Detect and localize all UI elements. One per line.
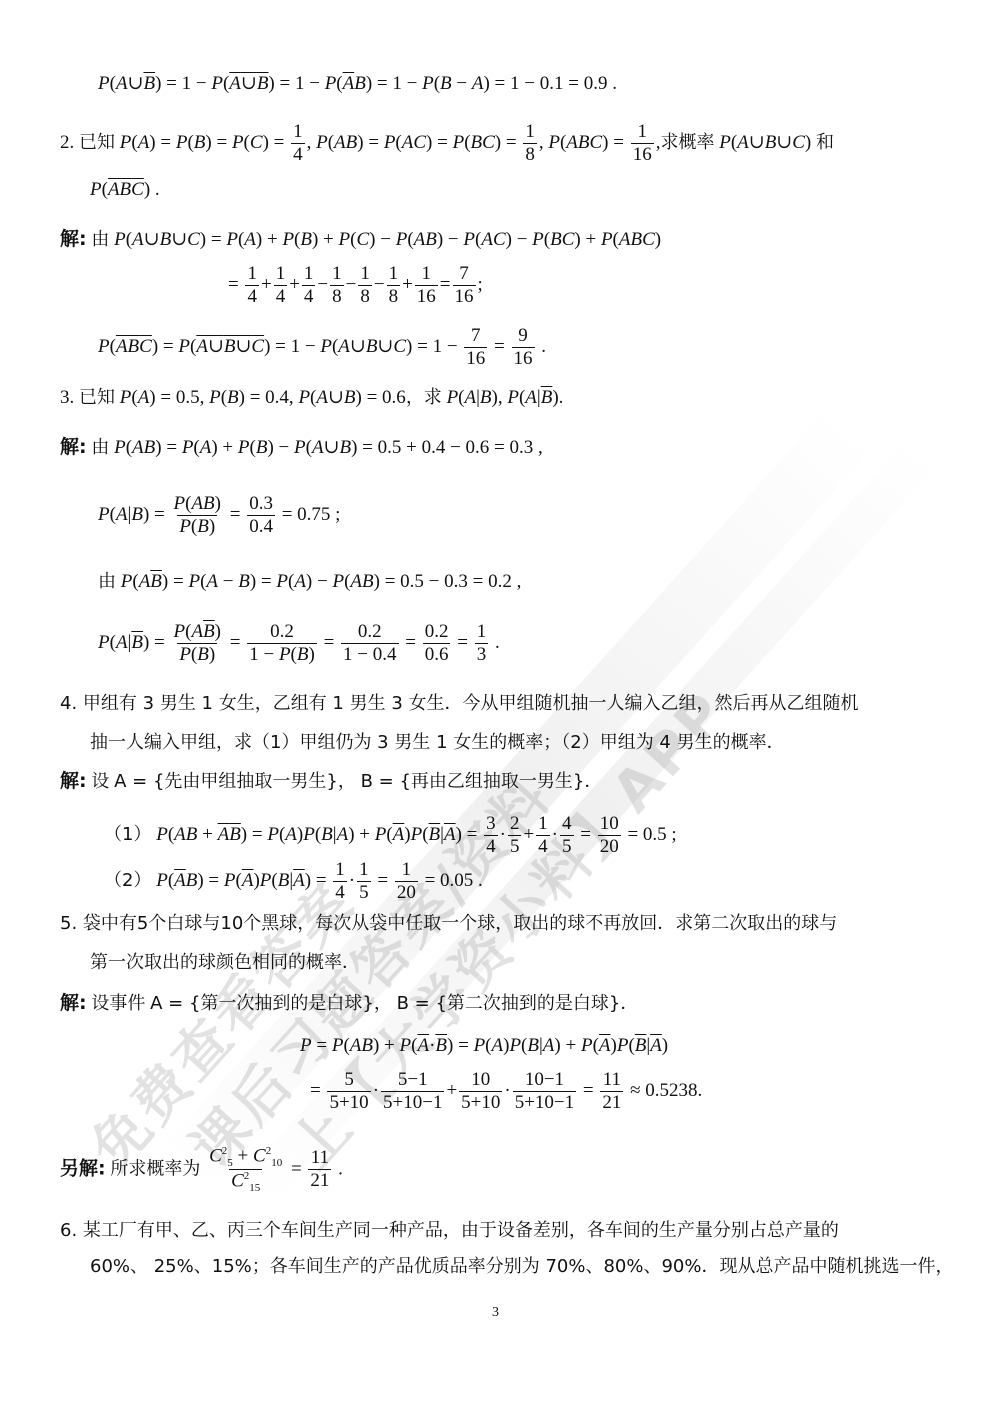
solution-3: 解: 由 P(AB) = P(A) + P(B) − P(A∪B) = 0.5 … bbox=[60, 438, 543, 457]
solution-text: 所求概率为 bbox=[110, 1158, 200, 1179]
question-6-line-2: 60%、 25%、15%；各车间生产的产品优质品率分别为 70%、80%、90%… bbox=[90, 1258, 954, 1276]
question-number: 4. bbox=[60, 693, 77, 714]
event-A-definition: A = {第一次抽到的是白球}， bbox=[150, 993, 392, 1014]
watermark-text-1: 免费查看答案 bbox=[70, 862, 370, 1183]
page-number: 3 bbox=[492, 1305, 499, 1321]
solution-3-line-3: 由 P(AB) = P(A − B) = P(A) − P(AB) = 0.5 … bbox=[98, 572, 521, 591]
event-A-definition: A = {先由甲组抽取一男生}， bbox=[114, 771, 356, 792]
solution-4-part-2: （2） P(AB) = P(A)P(B|A) = 14·15 = 120 = 0… bbox=[104, 860, 483, 904]
solution-5: 解: 设事件 A = {第一次抽到的是白球}， B = {第二次抽到的是白球}． bbox=[60, 994, 638, 1013]
alt-solution-label: 另解: bbox=[60, 1157, 106, 1179]
solution-text: 由 bbox=[91, 229, 109, 250]
solution-label: 解: bbox=[60, 228, 87, 250]
question-text: 已知 bbox=[79, 132, 115, 153]
solution-label: 解: bbox=[60, 992, 87, 1014]
question-number: 5. bbox=[60, 913, 77, 934]
solution-text: 由 bbox=[98, 571, 116, 592]
question-text: 已知 bbox=[79, 387, 115, 408]
solution-4-part-1: （1） P(AB + AB) = P(A)P(B|A) + P(A)P(B|A)… bbox=[104, 814, 677, 858]
solution-2-line-3: P(ABC) = P(A∪B∪C) = 1 − P(A∪B∪C) = 1 − 7… bbox=[98, 326, 546, 370]
question-text: 和 bbox=[816, 132, 834, 153]
question-number: 6. bbox=[60, 1220, 77, 1241]
question-number: 3. bbox=[60, 387, 74, 408]
solution-label: 解: bbox=[60, 436, 87, 458]
solution-5-line-2: P = P(AB) + P(A·B) = P(A)P(B|A) + P(A)P(… bbox=[300, 1036, 668, 1055]
solution-text: 设 bbox=[91, 771, 109, 792]
solution-5-line-3: = 55+10·5−15+10−1+105+10·10−15+10−1 = 11… bbox=[310, 1070, 702, 1114]
solution-4: 解: 设 A = {先由甲组抽取一男生}， B = {再由乙组抽取一男生}． bbox=[60, 772, 602, 791]
question-6: 6. 某工厂有甲、乙、丙三个车间生产同一种产品，由于设备差别，各车间的生产量分别… bbox=[60, 1222, 839, 1240]
question-text: 某工厂有甲、乙、丙三个车间生产同一种产品，由于设备差别，各车间的生产量分别占总产… bbox=[83, 1220, 839, 1241]
event-B-definition: B = {再由乙组抽取一男生}． bbox=[361, 771, 603, 792]
question-5-line-2: 第一次取出的球颜色相同的概率． bbox=[90, 954, 360, 972]
question-text: ，求 bbox=[406, 387, 442, 408]
question-number: 2. bbox=[60, 132, 74, 153]
question-text: 袋中有5个白球与10个黑球，每次从袋中任取一个球，取出的球不再放回．求第二次取出… bbox=[83, 913, 837, 934]
question-3: 3. 已知 P(A) = 0.5, P(B) = 0.4, P(A∪B) = 0… bbox=[60, 388, 563, 407]
solution-text: 设事件 bbox=[91, 993, 145, 1014]
question-text: 甲组有 3 男生 1 女生，乙组有 1 男生 3 女生．今从甲组随机抽一人编入乙… bbox=[83, 693, 859, 714]
alternate-solution: 另解: 所求概率为 C25 + C210C215 = 1121 . bbox=[60, 1145, 343, 1195]
question-text: 求概率 bbox=[660, 132, 714, 153]
question-2: 2. 已知 P(A) = P(B) = P(C) = 14, P(AB) = P… bbox=[60, 122, 834, 166]
solution-3-line-4: P(A|B) = P(AB)P(B) = 0.21 − P(B) = 0.21 … bbox=[98, 622, 500, 666]
solution-2: 解: 由 P(A∪B∪C) = P(A) + P(B) + P(C) − P(A… bbox=[60, 230, 661, 249]
equation-line: P(A∪B) = 1 − P(A∪B) = 1 − P(AB) = 1 − P(… bbox=[98, 74, 617, 93]
part-label: （1） bbox=[104, 824, 151, 845]
event-B-definition: B = {第二次抽到的是白球}． bbox=[397, 993, 639, 1014]
part-label: （2） bbox=[104, 870, 151, 891]
solution-2-line-2: = 14+14+14−18−18−18+116=716; bbox=[228, 264, 483, 308]
question-4-line-2: 抽一人编入甲组，求（1）甲组仍为 3 男生 1 女生的概率；（2）甲组为 4 男… bbox=[90, 734, 785, 752]
solution-text: 由 bbox=[91, 437, 109, 458]
solution-label: 解: bbox=[60, 770, 87, 792]
question-4: 4. 甲组有 3 男生 1 女生，乙组有 1 男生 3 女生．今从甲组随机抽一人… bbox=[60, 695, 859, 713]
question-5: 5. 袋中有5个白球与10个黑球，每次从袋中任取一个球，取出的球不再放回．求第二… bbox=[60, 915, 837, 933]
solution-3-line-2: P(A|B) = P(AB)P(B) = 0.30.4 = 0.75 ; bbox=[98, 494, 340, 538]
question-2-line-2: P(ABC) . bbox=[90, 180, 160, 199]
